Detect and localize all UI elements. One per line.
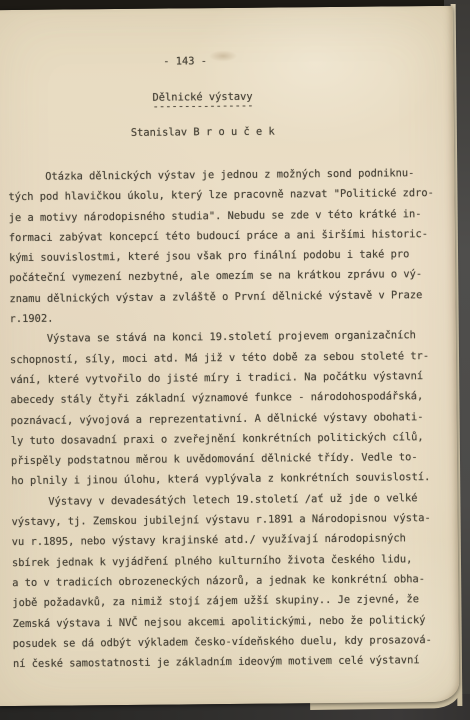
paragraph: Výstava se stává na konci 19.století pro… <box>10 325 448 492</box>
paragraph: Otázka dělnických výstav je jednou z mož… <box>8 163 446 330</box>
scanned-page-photo: - 143 - Dělnické výstavy ---------------… <box>0 0 470 720</box>
author-name: Stanislav B r o u č e k <box>131 122 275 144</box>
page-number: - 143 - <box>163 51 207 72</box>
document-page: - 143 - Dělnické výstavy ---------------… <box>0 6 459 706</box>
paragraph: Výstavy v devadesátých letech 19.století… <box>11 488 449 675</box>
text-line: znamu dělnických výstav a zvláště o Prvn… <box>9 285 445 309</box>
title-underline: ---------------- <box>153 96 254 117</box>
typewritten-text: Otázka dělnických výstav je jednou z mož… <box>8 163 449 675</box>
text-line: ní české samostatnosti je základním ideo… <box>13 650 449 674</box>
